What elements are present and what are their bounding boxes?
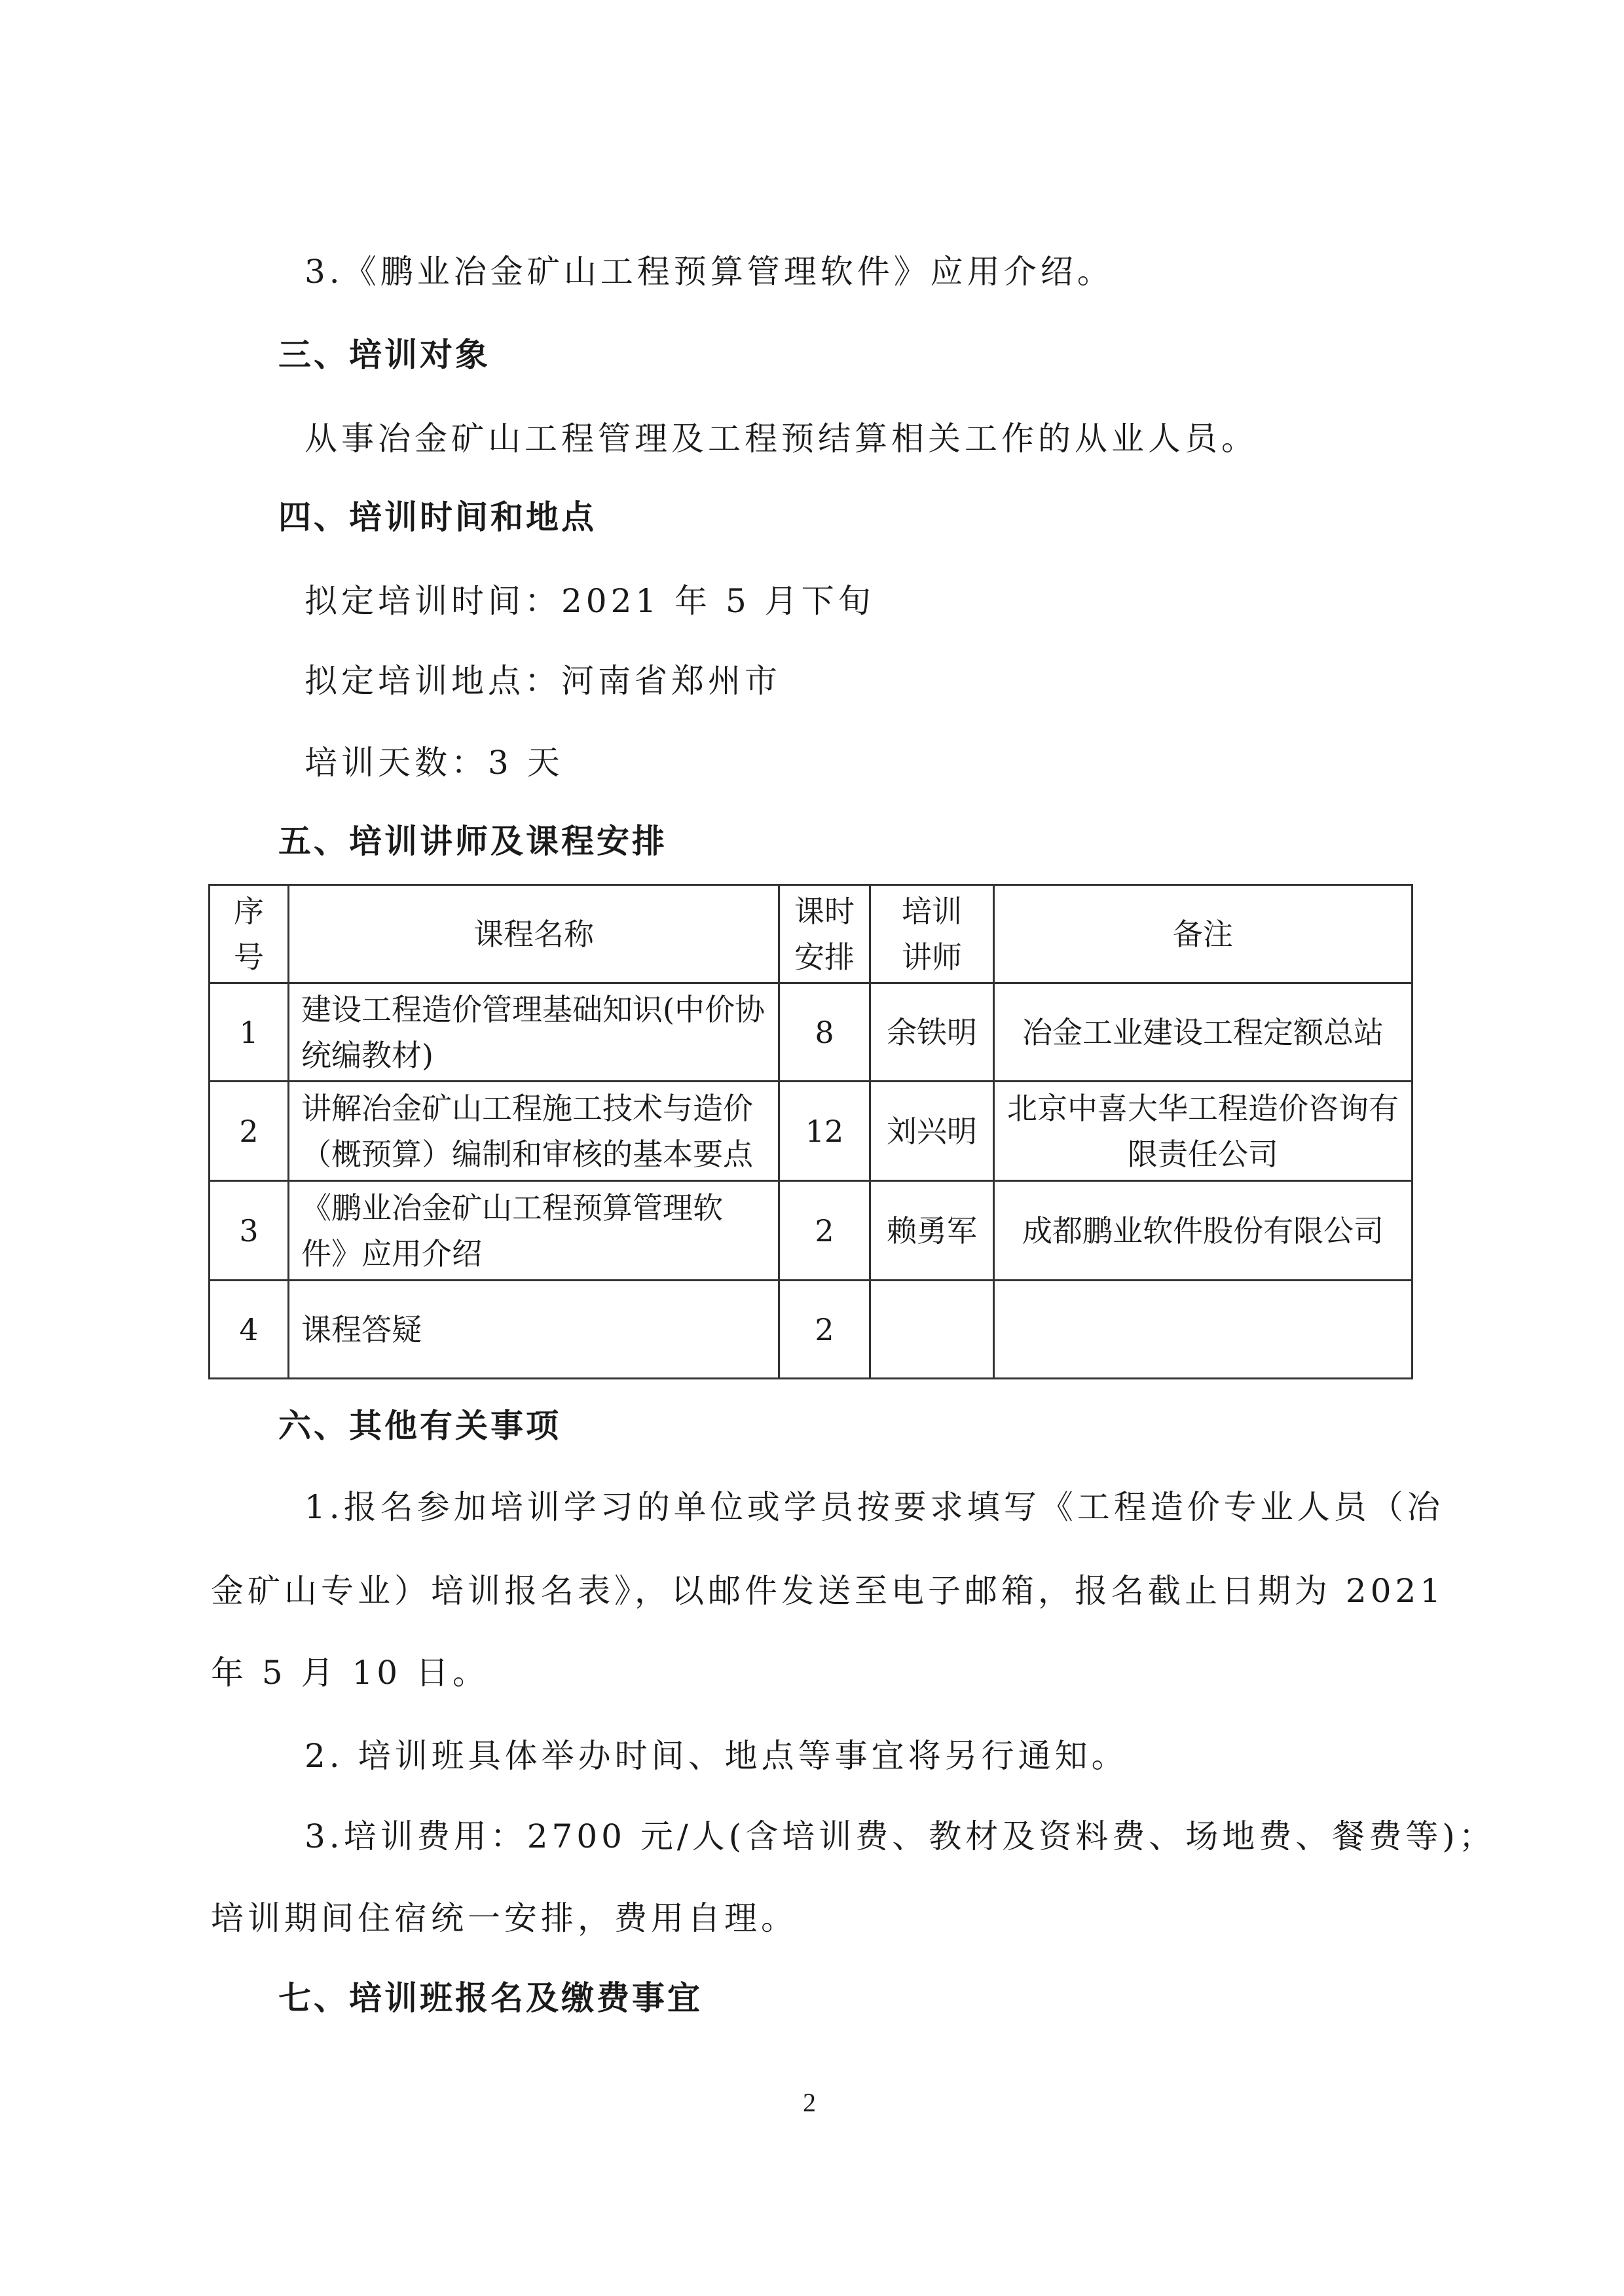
row-course-name: 《鹏业冶金矿山工程预算管理软件》应用介绍: [289, 1181, 779, 1281]
section6-title: 六、其他有关事项: [278, 1406, 561, 1446]
course-schedule-table: 序号 课程名称 课时安排 培训讲师 备注 1 建设工程造价管理基础知识(中价协统…: [208, 884, 1413, 1379]
training-place: 拟定培训地点：河南省郑州市: [304, 661, 781, 701]
note3-line2: 培训期间住宿统一安排，费用自理。: [211, 1899, 798, 1938]
section3-title: 三、培训对象: [278, 335, 490, 374]
row-note: 北京中喜大华工程造价咨询有限责任公司: [994, 1082, 1412, 1181]
row-note: 成都鹏业软件股份有限公司: [994, 1181, 1412, 1281]
header-teacher: 培训讲师: [870, 885, 994, 983]
row-hours: 2: [779, 1281, 870, 1379]
row-note: 冶金工业建设工程定额总站: [994, 983, 1412, 1082]
row-course-name: 建设工程造价管理基础知识(中价协统编教材): [289, 983, 779, 1082]
note2: 2. 培训班具体举办时间、地点等事宜将另行通知。: [304, 1736, 1128, 1776]
row-teacher: 刘兴明: [870, 1082, 994, 1181]
note3-line1: 3.培训费用：2700 元/人(含培训费、教材及资料费、场地费、餐费等)；: [304, 1817, 1496, 1856]
item3-intro: 3.《鹏业冶金矿山工程预算管理软件》应用介绍。: [304, 252, 1114, 291]
row-note: [994, 1281, 1412, 1379]
note1-line1: 1.报名参加培训学习的单位或学员按要求填写《工程造价专业人员（冶: [304, 1487, 1444, 1527]
table-row: 4 课程答疑 2: [210, 1281, 1412, 1379]
header-course-name: 课程名称: [289, 885, 779, 983]
training-time: 拟定培训时间：2021 年 5 月下旬: [304, 581, 875, 621]
table-row: 1 建设工程造价管理基础知识(中价协统编教材) 8 余铁明 冶金工业建设工程定额…: [210, 983, 1412, 1082]
table-row: 3 《鹏业冶金矿山工程预算管理软件》应用介绍 2 赖勇军 成都鹏业软件股份有限公…: [210, 1181, 1412, 1281]
page-number: 2: [803, 2087, 816, 2118]
row-teacher: [870, 1281, 994, 1379]
row-hours: 2: [779, 1181, 870, 1281]
section3-body: 从事冶金矿山工程管理及工程预结算相关工作的从业人员。: [304, 419, 1258, 458]
training-days: 培训天数：3 天: [304, 743, 564, 782]
document-page: 3.《鹏业冶金矿山工程预算管理软件》应用介绍。 三、培训对象 从事冶金矿山工程管…: [0, 0, 1624, 2296]
row-course-name: 讲解冶金矿山工程施工技术与造价（概预算）编制和审核的基本要点: [289, 1082, 779, 1181]
row-index: 4: [210, 1281, 289, 1379]
section7-title: 七、培训班报名及缴费事宜: [278, 1978, 703, 2018]
row-hours: 12: [779, 1082, 870, 1181]
row-index: 3: [210, 1181, 289, 1281]
header-note: 备注: [994, 885, 1412, 983]
row-index: 2: [210, 1082, 289, 1181]
row-teacher: 赖勇军: [870, 1181, 994, 1281]
row-hours: 8: [779, 983, 870, 1082]
section5-title: 五、培训讲师及课程安排: [278, 822, 667, 861]
row-teacher: 余铁明: [870, 983, 994, 1082]
table-header-row: 序号 课程名称 课时安排 培训讲师 备注: [210, 885, 1412, 983]
note1-line2: 金矿山专业）培训报名表》，以邮件发送至电子邮箱，报名截止日期为 2021: [211, 1571, 1445, 1611]
row-index: 1: [210, 983, 289, 1082]
header-hours: 课时安排: [779, 885, 870, 983]
header-index: 序号: [210, 885, 289, 983]
row-course-name: 课程答疑: [289, 1281, 779, 1379]
note1-line3: 年 5 月 10 日。: [211, 1653, 489, 1692]
section4-title: 四、培训时间和地点: [278, 498, 597, 537]
table-row: 2 讲解冶金矿山工程施工技术与造价（概预算）编制和审核的基本要点 12 刘兴明 …: [210, 1082, 1412, 1181]
